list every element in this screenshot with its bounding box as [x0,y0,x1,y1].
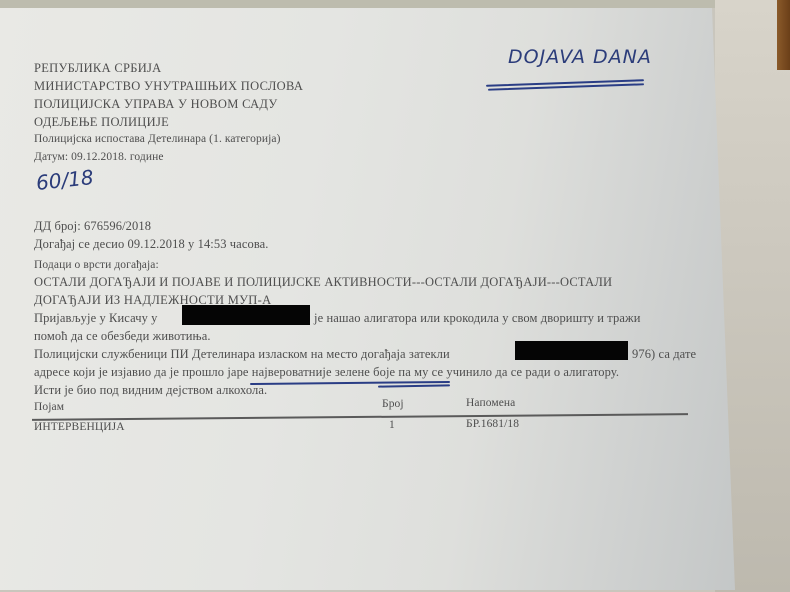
table-cell-term: ИНТЕРВЕНЦИЈА [34,421,125,433]
header-line-republic: РЕПУБЛИКА СРБИЈА [34,61,162,76]
event-type-line1: ОСТАЛИ ДОГАЂАЈИ И ПОЈАВЕ И ПОЛИЦИЈСКЕ АК… [34,275,612,290]
event-type-label: Подаци о врсти догађаја: [34,259,159,271]
police-report-page: РЕПУБЛИКА СРБИЈА МИНИСТАРСТВО УНУТРАШЊИХ… [0,8,735,590]
body-line3-start: Полицијски службеници ПИ Детелинара изла… [34,347,450,362]
redaction-person [515,341,628,360]
body-line1-end: је нашао алигатора или крокодила у свом … [314,311,641,326]
wooden-edge [777,0,790,70]
body-line4: адресе који је изјавио да је прошло јаре… [34,365,619,380]
table-header-count: Број [382,398,404,410]
body-line3-end: 976) са дате [632,347,696,362]
body-line5: Исти је био под видним дејством алкохола… [34,383,267,398]
table-header-rule [32,413,688,420]
body-line4-start: адресе који је изјавио да је прошло [34,365,227,379]
body-line1-start: Пријављује у Кисачу у [34,311,158,326]
body-line4-highlighted: јаре највероватније зелене боје [227,365,395,379]
header-line-ministry: МИНИСТАРСТВО УНУТРАШЊИХ ПОСЛОВА [34,79,303,94]
header-line-date: Датум: 09.12.2018. године [34,151,164,163]
header-line-police-admin: ПОЛИЦИЈСКА УПРАВА У НОВОМ САДУ [34,97,278,112]
handwritten-title: DOJAVA DANA [508,46,652,68]
header-line-station: Полицијска испостава Детелинара (1. кате… [34,133,281,145]
table-cell-count: 1 [389,419,395,431]
table-header-term: Појам [34,401,64,413]
background-surface [0,0,790,8]
body-line2: помоћ да се обезбеди животиња. [34,329,211,344]
header-line-department: ОДЕЉЕЊЕ ПОЛИЦИЈЕ [34,115,169,130]
event-time: Догађај се десио 09.12.2018 у 14:53 часо… [34,237,269,252]
table-cell-note: БР.1681/18 [466,418,519,430]
redaction-name [182,305,310,325]
handwritten-number: 60/18 [35,165,95,195]
body-line4-end: па му се учинило да се ради о алигатору. [395,365,619,379]
table-header-note: Напомена [466,397,515,409]
handwritten-underline-2 [378,384,450,387]
dd-number: ДД број: 676596/2018 [34,219,151,234]
